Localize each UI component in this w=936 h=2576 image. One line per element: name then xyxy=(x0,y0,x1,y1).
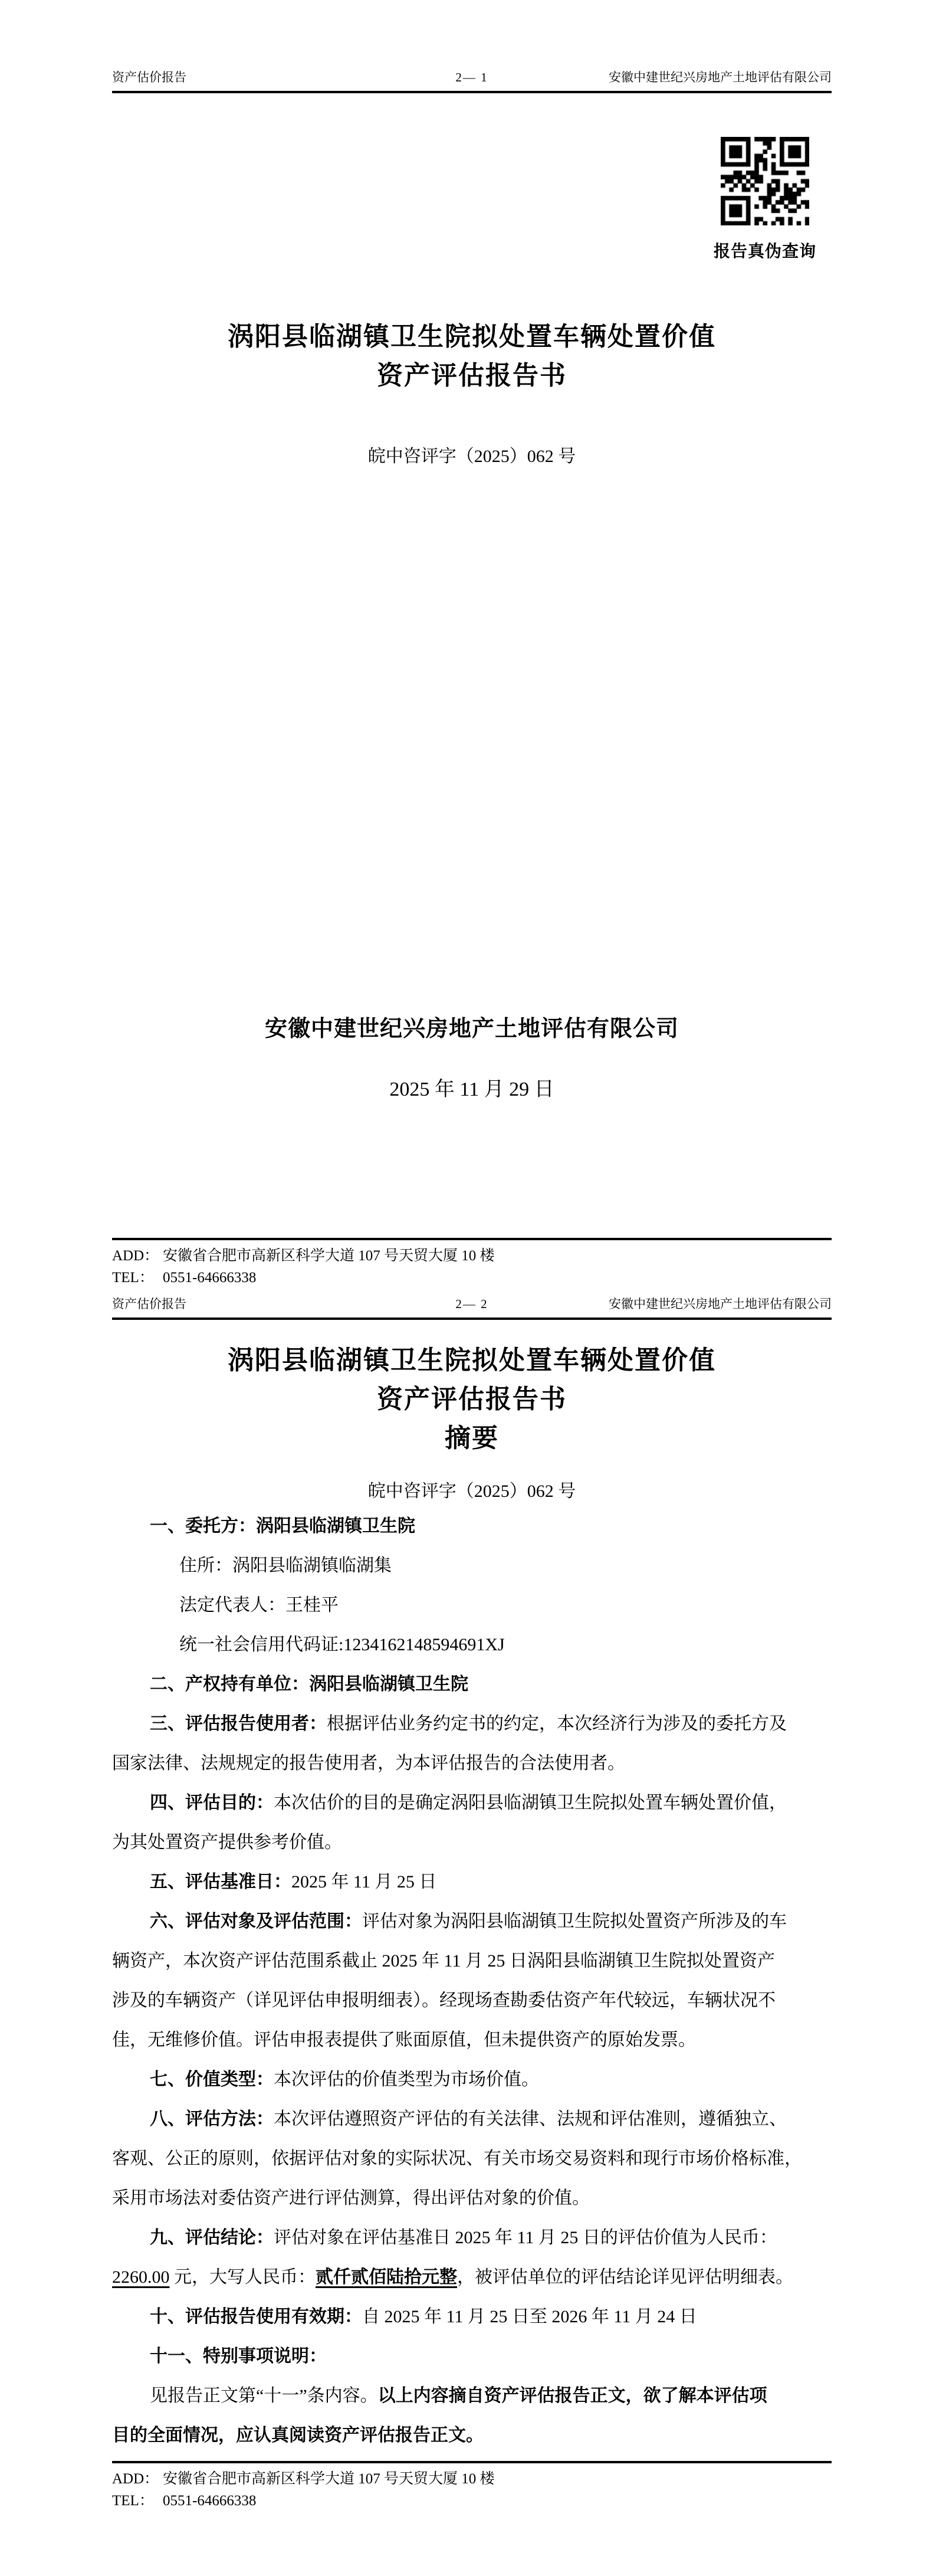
body-line: 见报告正文第“十一”条内容。以上内容摘自资产评估报告正文，欲了解本评估项 xyxy=(112,2376,832,2416)
body-line: 住所：涡阳县临湖镇临湖集 xyxy=(112,1546,832,1585)
body-line: 七、价值类型：本次评估的价值类型为市场价值。 xyxy=(112,2060,832,2099)
doc-number: 皖中咨评字（2025）062 号 xyxy=(112,441,832,467)
body-line: 五、评估基准日：2025 年 11 月 25 日 xyxy=(112,1862,832,1902)
footer-add-label: ADD： xyxy=(112,2468,163,2490)
qr-label: 报告真伪查询 xyxy=(712,238,818,262)
report-title-line2: 资产评估报告书 xyxy=(112,356,832,395)
report-body: 一、委托方：涡阳县临湖镇卫生院住所：涡阳县临湖镇临湖集法定代表人：王桂平统一社会… xyxy=(112,1506,832,2455)
header-company-name: 安徽中建世纪兴房地产土地评估有限公司 xyxy=(609,1296,832,1312)
summary-title-line3: 摘要 xyxy=(112,1419,832,1458)
footer-phone: 0551-64666338 xyxy=(163,1270,256,1286)
footer-address: 安徽省合肥市高新区科学大道 107 号天贸大厦 10 楼 xyxy=(163,1248,495,1264)
body-line: 八、评估方法：本次评估遵照资产评估的有关法律、法规和评估准则，遵循独立、 xyxy=(112,2099,832,2139)
body-line: 辆资产，本次资产评估范围系截止 2025 年 11 月 25 日涡阳县临湖镇卫生… xyxy=(112,1941,832,1981)
page1-header: 资产估价报告 2— 1 安徽中建世纪兴房地产土地评估有限公司 xyxy=(112,70,832,93)
footer-add-label: ADD： xyxy=(112,1245,163,1267)
page2-header: 资产估价报告 2— 2 安徽中建世纪兴房地产土地评估有限公司 xyxy=(112,1296,832,1320)
body-line: 客观、公正的原则，依据评估对象的实际状况、有关市场交易资料和现行市场价格标准， xyxy=(112,2139,832,2178)
page2-footer: ADD：安徽省合肥市高新区科学大道 107 号天贸大厦 10 楼 TEL：055… xyxy=(112,2461,832,2512)
footer-address-row: ADD：安徽省合肥市高新区科学大道 107 号天贸大厦 10 楼 xyxy=(112,1245,832,1267)
footer-address-row: ADD：安徽省合肥市高新区科学大道 107 号天贸大厦 10 楼 xyxy=(112,2468,832,2490)
footer-tel-label: TEL： xyxy=(112,1267,163,1289)
body-line: 为其处置资产提供参考价值。 xyxy=(112,1823,832,1862)
body-line: 法定代表人：王桂平 xyxy=(112,1585,832,1625)
body-line: 国家法律、法规规定的报告使用者，为本评估报告的合法使用者。 xyxy=(112,1743,832,1783)
body-line: 四、评估目的：本次估价的目的是确定涡阳县临湖镇卫生院拟处置车辆处置价值， xyxy=(112,1783,832,1823)
body-line: 九、评估结论：评估对象在评估基准日 2025 年 11 月 25 日的评估价值为… xyxy=(112,2218,832,2257)
body-line: 统一社会信用代码证:1234162148594691XJ xyxy=(112,1625,832,1664)
report-title: 涡阳县临湖镇卫生院拟处置车辆处置价值 资产评估报告书 xyxy=(112,317,832,395)
body-line: 2260.00 元，大写人民币：贰仟贰佰陆拾元整，被评估单位的评估结论详见评估明… xyxy=(112,2257,832,2297)
body-line: 二、产权持有单位：涡阳县临湖镇卫生院 xyxy=(112,1664,832,1704)
body-line: 六、评估对象及评估范围：评估对象为涡阳县临湖镇卫生院拟处置资产所涉及的车 xyxy=(112,1902,832,1941)
footer-phone: 0551-64666338 xyxy=(163,2493,256,2509)
summary-title: 涡阳县临湖镇卫生院拟处置车辆处置价值 资产评估报告书 摘要 xyxy=(112,1341,832,1458)
issuer-name: 安徽中建世纪兴房地产土地评估有限公司 xyxy=(112,1010,832,1043)
summary-title-line2: 资产评估报告书 xyxy=(112,1380,832,1419)
page1-footer: ADD：安徽省合肥市高新区科学大道 107 号天贸大厦 10 楼 TEL：055… xyxy=(112,1238,832,1289)
doc-number: 皖中咨评字（2025）062 号 xyxy=(112,1476,832,1502)
report-document: 资产估价报告 2— 1 安徽中建世纪兴房地产土地评估有限公司 报告真伪查询 涡阳… xyxy=(0,0,936,2576)
body-line: 涉及的车辆资产（详见评估申报明细表）。经现场查勘委估资产年代较远，车辆状况不 xyxy=(112,1981,832,2020)
body-line: 十、评估报告使用有效期：自 2025 年 11 月 25 日至 2026 年 1… xyxy=(112,2297,832,2336)
footer-address: 安徽省合肥市高新区科学大道 107 号天贸大厦 10 楼 xyxy=(163,2471,495,2487)
body-line: 采用市场法对委估资产进行评估测算，得出评估对象的价值。 xyxy=(112,2178,832,2218)
footer-tel-row: TEL：0551-64666338 xyxy=(112,1267,832,1289)
header-left-label: 资产估价报告 xyxy=(112,70,186,85)
body-line: 三、评估报告使用者：根据评估业务约定书的约定，本次经济行为涉及的委托方及 xyxy=(112,1704,832,1743)
footer-tel-label: TEL： xyxy=(112,2490,163,2512)
header-left-label: 资产估价报告 xyxy=(112,1296,186,1312)
body-line: 佳，无维修价值。评估申报表提供了账面原值，但未提供资产的原始发票。 xyxy=(112,2020,832,2060)
summary-title-line1: 涡阳县临湖镇卫生院拟处置车辆处置价值 xyxy=(112,1341,832,1380)
qr-code xyxy=(721,137,809,225)
page-1: 资产估价报告 2— 1 安徽中建世纪兴房地产土地评估有限公司 报告真伪查询 涡阳… xyxy=(0,0,936,1288)
body-line: 目的全面情况，应认真阅读资产评估报告正文。 xyxy=(112,2416,832,2455)
issue-date: 2025 年 11 月 29 日 xyxy=(112,1073,832,1102)
page-2: 资产估价报告 2— 2 安徽中建世纪兴房地产土地评估有限公司 涡阳县临湖镇卫生院… xyxy=(0,1288,936,2576)
body-line: 十一、特别事项说明： xyxy=(112,2336,832,2376)
footer-tel-row: TEL：0551-64666338 xyxy=(112,2490,832,2512)
body-line: 一、委托方：涡阳县临湖镇卫生院 xyxy=(112,1506,832,1546)
header-company-name: 安徽中建世纪兴房地产土地评估有限公司 xyxy=(609,70,832,85)
qr-verification-block: 报告真伪查询 xyxy=(712,137,818,262)
report-title-line1: 涡阳县临湖镇卫生院拟处置车辆处置价值 xyxy=(112,317,832,356)
